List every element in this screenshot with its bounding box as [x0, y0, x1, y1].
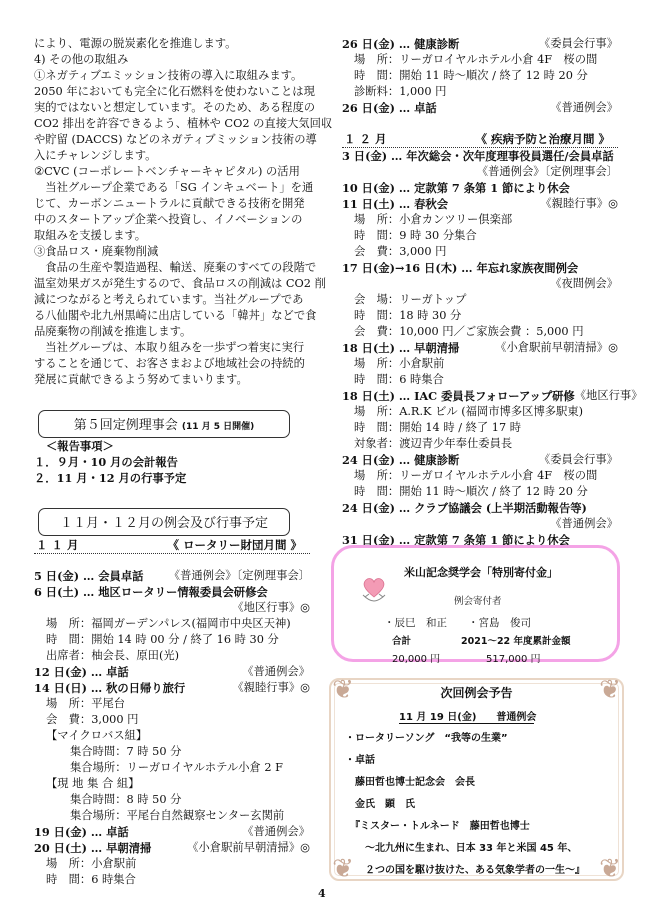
report-item: ２．11 月・12 月の行事予定 — [34, 470, 310, 486]
paragraph-line: 減につながると考えられています。当社グループであ — [34, 292, 310, 308]
schedule-detail: 時 間：6 時集合 — [342, 372, 618, 388]
schedule-detail: 【現 地 集 合 組】 — [34, 776, 310, 792]
schedule-text: 集合場所：平尾台自然観察センター玄関前 — [70, 808, 284, 824]
total-amount: 20,000 円 — [392, 650, 440, 665]
schedule-category: 《小倉駅前早朝清掃》◎ — [495, 340, 618, 356]
schedule-detail: 場 所：福岡ガーデンパレス(福岡市中央区天神) — [34, 616, 310, 632]
schedule-category: 《地区行事》 — [575, 388, 643, 404]
schedule-text: 時 間：6 時集合 — [46, 872, 136, 888]
schedule-detail: 【マイクロバス組】 — [34, 728, 310, 744]
paragraph-line: 実的ではないと想定しています。そのため、ある程度の — [34, 100, 310, 116]
paragraph-line: 温室効果ガスが発生するので、食品ロスの削減は CO2 削 — [34, 276, 310, 292]
heart-in-hands-icon — [360, 575, 388, 605]
schedule-text: 時 間：開始 11 時～順次 / 終了 12 時 20 分 — [354, 68, 588, 84]
month-label: １ ２ 月 — [344, 132, 387, 147]
paragraph-line: 2050 年においても完全に化石燃料を使わないことは現 — [34, 84, 310, 100]
month-theme: 《 ロータリー財団月間 》 — [167, 538, 302, 553]
schedule-text: 場 所：小倉駅前 — [354, 356, 444, 372]
schedule-detail: 会 場：リーガトップ — [342, 292, 618, 308]
december-heading: １ ２ 月 《 疾病予防と治療月間 》 — [342, 132, 618, 148]
paragraph-line: る八仙閣や北九州黒崎に出店している「韓丼」などで食 — [34, 308, 310, 324]
schedule-text: 場 所：A.R.K ビル (福岡市博多区博多駅東) — [354, 404, 583, 420]
paragraph-line: ①ネガティブエミッション技術の導入に取組みます。 — [34, 68, 310, 84]
next-meeting-line: 藤田哲也博士記念会 会長 — [345, 773, 475, 788]
schedule-detail: 時 間：開始 11 時～順次 / 終了 12 時 20 分 — [342, 484, 618, 500]
next-meeting-date: 11 月 19 日(金) 普通例会 — [399, 708, 534, 724]
next-meeting-line: ・卓話 — [345, 751, 375, 766]
schedule-text: 場 所：平尾台 — [46, 696, 125, 712]
paragraph-line: CO2 排出を許容できるよう、植林や CO2 の直接大気回収 — [34, 116, 310, 132]
schedule-text: 19 日(金) … 卓話 — [34, 824, 129, 840]
schedule-detail: 集合時間：8 時 50 分 — [34, 792, 310, 808]
next-meeting-heading: 次回例会予告 — [329, 684, 624, 701]
schedule-text: 会 費：3,000 円 — [354, 244, 446, 260]
schedule-detail: 対象者：渡辺青少年奉仕委員長 — [342, 436, 618, 452]
schedule-detail: 集合場所：平尾台自然観察センター玄関前 — [34, 808, 310, 824]
schedule-text: 17 日(金)→16 日(木) … 年忘れ家族夜間例会 — [342, 260, 578, 276]
next-meeting-line: 『ミスター・トルネード 藤田哲也博士 — [345, 817, 530, 832]
schedule-text: 診断料：1,000 円 — [354, 84, 446, 100]
schedule-detail: 場 所：リーガロイヤルホテル小倉 4F 桜の間 — [342, 468, 618, 484]
schedule-detail: 会 費：10,000 円／ご家族会費 ：5,000 円 — [342, 324, 618, 340]
schedule-text: 時 間：9 時 30 分集合 — [354, 228, 477, 244]
schedule-event: 5 日(金) … 会員卓話《普通例会》〔定例理事会〕 — [34, 568, 310, 584]
schedule-detail: 場 所：小倉カンツリー倶楽部 — [342, 212, 618, 228]
schedule-text: 場 所：小倉カンツリー倶楽部 — [354, 212, 512, 228]
paragraph-line: 入にチャレンジします。 — [34, 148, 310, 164]
schedule-text: 14 日(日) … 秋の日帰り旅行 — [34, 680, 185, 696]
cumulative-amount: 517,000 円 — [486, 650, 541, 665]
schedule-text: 場 所：リーガロイヤルホテル小倉 4F 桜の間 — [354, 468, 597, 484]
report-item: １．９月・10 月の会計報告 — [34, 454, 310, 470]
schedule-text: 【マイクロバス組】 — [46, 728, 147, 744]
schedule-text: 26 日(金) … 健康診断 — [342, 36, 459, 52]
schedule-detail: 集合場所：リーガロイヤルホテル小倉 2 F — [34, 760, 310, 776]
paragraph-line: 発展に貢献できるよう努めてまいります。 — [34, 372, 310, 388]
paragraph-line: 当社グループは、本取り組みを一歩ずつ着実に実行 — [34, 340, 310, 356]
schedule-event: 24 日(金) … クラブ協議会 (上半期活動報告等) — [342, 500, 618, 516]
schedule-detail: 場 所：小倉駅前 — [342, 356, 618, 372]
paragraph-line: ③食品ロス・廃棄物削減 — [34, 244, 310, 260]
schedule-text: 6 日(土) … 地区ロータリー情報委員会研修会 — [34, 584, 268, 600]
schedule-category: 《夜間例会》 — [550, 276, 618, 292]
schedule-event: 11 日(土) … 春秋会《親睦行事》◎ — [342, 196, 618, 212]
schedule-category: 《普通例会》 — [550, 516, 618, 532]
schedule-text: 24 日(金) … 健康診断 — [342, 452, 459, 468]
schedule-detail: 場 所：リーガロイヤルホテル小倉 4F 桜の間 — [342, 52, 618, 68]
schedule-category: 《委員会行事》 — [539, 452, 618, 468]
schedule-detail: 時 間：6 時集合 — [34, 872, 310, 888]
schedule-tag: 《普通例会》 — [342, 516, 618, 532]
december-schedule: 3 日(金) … 年次総会・次年度理事役員選任/会員卓話《普通例会》〔定例理事会… — [342, 148, 618, 548]
left-column: により、電源の脱炭素化を推進します。4) その他の取組み①ネガティブエミッション… — [34, 36, 310, 888]
schedule-title-box: １１月・１２月の例会及び行事予定 — [38, 508, 290, 536]
donor-names: ・辰巳 和正 ・宮島 俊司 — [384, 615, 531, 630]
intro-text: により、電源の脱炭素化を推進します。4) その他の取組み①ネガティブエミッション… — [34, 36, 310, 388]
paragraph-line: 当社グループ企業である「SG インキュベート」を通 — [34, 180, 310, 196]
next-meeting-line: ～北九州に生まれ、日本 33 年と米国 45 年、 — [345, 839, 577, 854]
schedule-detail: 時 間：9 時 30 分集合 — [342, 228, 618, 244]
schedule-text: 集合場所：リーガロイヤルホテル小倉 2 F — [70, 760, 283, 776]
board-meeting-date: (11 月 5 日開催) — [182, 422, 254, 432]
schedule-text: 26 日(金) … 卓話 — [342, 100, 437, 116]
paragraph-line: 食品の生産や製造過程、輸送、廃棄のすべての段階で — [34, 260, 310, 276]
schedule-category: 《親睦行事》◎ — [540, 196, 618, 212]
next-meeting-line: 金氏 顕 氏 — [345, 795, 415, 810]
next-meeting-line: ２つの国を駆け抜けた、ある気象学者の一生～』 — [345, 861, 585, 876]
paragraph-line: 中のスタートアップ企業へ投資し、イノベーションの — [34, 212, 310, 228]
right-column: 26 日(金) … 健康診断《委員会行事》場 所：リーガロイヤルホテル小倉 4F… — [342, 36, 618, 548]
schedule-detail: 時 間：開始 14 時 00 分 / 終了 16 時 30 分 — [34, 632, 310, 648]
donation-title: 米山記念奨学会「特別寄付金」 — [404, 564, 558, 580]
schedule-event: 18 日(土) … 早朝清掃《小倉駅前早朝清掃》◎ — [342, 340, 618, 356]
schedule-text: 集合時間：7 時 50 分 — [70, 744, 181, 760]
schedule-event: 10 日(金) … 定款第 7 条第 1 節により休会 — [342, 180, 618, 196]
schedule-text: 時 間：開始 14 時 / 終了 17 時 — [354, 420, 521, 436]
schedule-category: 《委員会行事》 — [539, 36, 618, 52]
november-schedule: 5 日(金) … 会員卓話《普通例会》〔定例理事会〕6 日(土) … 地区ロータ… — [34, 568, 310, 888]
schedule-detail: 診断料：1,000 円 — [342, 84, 618, 100]
schedule-category: 《普通例会》 — [242, 824, 310, 840]
schedule-event: 14 日(日) … 秋の日帰り旅行《親睦行事》◎ — [34, 680, 310, 696]
paragraph-line: 品廃棄物の削減を推進します。 — [34, 324, 310, 340]
paragraph-line: ②CVC (コーポレートベンチャーキャピタル) の活用 — [34, 164, 310, 180]
schedule-detail: 場 所：平尾台 — [34, 696, 310, 712]
schedule-category: 《地区行事》◎ — [232, 600, 310, 616]
schedule-text: 時 間：18 時 30 分 — [354, 308, 461, 324]
schedule-detail: 会 費：3,000 円 — [342, 244, 618, 260]
paragraph-line: 4) その他の取組み — [34, 52, 310, 68]
schedule-detail: 時 間：18 時 30 分 — [342, 308, 618, 324]
schedule-detail: 場 所：A.R.K ビル (福岡市博多区博多駅東) — [342, 404, 618, 420]
schedule-text: 会 場：リーガトップ — [354, 292, 466, 308]
report-heading: ＜報告事項＞ — [34, 438, 310, 454]
schedule-category: 《普通例会》〔定例理事会〕 — [169, 568, 310, 584]
donation-box: 米山記念奨学会「特別寄付金」 例会寄付者 ・辰巳 和正 ・宮島 俊司 合計 20… — [331, 545, 620, 662]
schedule-category: 《親睦行事》◎ — [232, 680, 310, 696]
schedule-detail: 出席者：柚会長、原田(光) — [34, 648, 310, 664]
next-meeting-line: ・ロータリーソング “我等の生業” — [345, 729, 508, 744]
schedule-event: 6 日(土) … 地区ロータリー情報委員会研修会 — [34, 584, 310, 600]
schedule-category: 《普通例会》 — [550, 100, 618, 116]
schedule-text: 12 日(金) … 卓話 — [34, 664, 129, 680]
donation-subtitle: 例会寄付者 — [454, 593, 502, 607]
schedule-text: 18 日(土) … IAC 委員長フォローアップ研修 — [342, 388, 575, 404]
schedule-text: 場 所：リーガロイヤルホテル小倉 4F 桜の間 — [354, 52, 597, 68]
schedule-text: 5 日(金) … 会員卓話 — [34, 568, 143, 584]
schedule-text: 11 日(土) … 春秋会 — [342, 196, 448, 212]
paragraph-line: じて、カーボンニュートラルに貢献できる技術を開発 — [34, 196, 310, 212]
schedule-text: 時 間：開始 14 時 00 分 / 終了 16 時 30 分 — [46, 632, 279, 648]
schedule-event: 17 日(金)→16 日(木) … 年忘れ家族夜間例会 — [342, 260, 618, 276]
schedule-text: 対象者：渡辺青少年奉仕委員長 — [354, 436, 512, 452]
schedule-text: 24 日(金) … クラブ協議会 (上半期活動報告等) — [342, 500, 587, 516]
schedule-tag: 《普通例会》〔定例理事会〕 — [342, 164, 618, 180]
schedule-category: 《小倉駅前早朝清掃》◎ — [187, 840, 310, 856]
schedule-event: 20 日(土) … 早朝清掃《小倉駅前早朝清掃》◎ — [34, 840, 310, 856]
schedule-detail: 時 間：開始 11 時～順次 / 終了 12 時 20 分 — [342, 68, 618, 84]
schedule-detail: 集合時間：7 時 50 分 — [34, 744, 310, 760]
schedule-event: 12 日(金) … 卓話《普通例会》 — [34, 664, 310, 680]
paragraph-line: 取組みを支援します。 — [34, 228, 310, 244]
schedule-category: 《普通例会》 — [242, 664, 310, 680]
schedule-event: 26 日(金) … 卓話《普通例会》 — [342, 100, 618, 116]
schedule-text: 出席者：柚会長、原田(光) — [46, 648, 179, 664]
schedule-text: 3 日(金) … 年次総会・次年度理事役員選任/会員卓話 — [342, 148, 614, 164]
schedule-text: 場 所：小倉駅前 — [46, 856, 136, 872]
schedule-detail: 場 所：小倉駅前 — [34, 856, 310, 872]
schedule-event: 19 日(金) … 卓話《普通例会》 — [34, 824, 310, 840]
page-number: 4 — [318, 887, 326, 900]
schedule-text: 【現 地 集 合 組】 — [46, 776, 139, 792]
paragraph-line: することを通じて、お客さまおよび地域社会の持続的 — [34, 356, 310, 372]
november-heading: １ １ 月 《 ロータリー財団月間 》 — [34, 538, 310, 554]
november-schedule-continued: 26 日(金) … 健康診断《委員会行事》場 所：リーガロイヤルホテル小倉 4F… — [342, 36, 618, 116]
schedule-event: 18 日(土) … IAC 委員長フォローアップ研修《地区行事》 — [342, 388, 618, 404]
month-label: １ １ 月 — [36, 538, 79, 553]
schedule-text: 時 間：開始 11 時～順次 / 終了 12 時 20 分 — [354, 484, 588, 500]
schedule-text: 会 費：10,000 円／ご家族会費 ：5,000 円 — [354, 324, 584, 340]
schedule-event: 26 日(金) … 健康診断《委員会行事》 — [342, 36, 618, 52]
schedule-text: 10 日(金) … 定款第 7 条第 1 節により休会 — [342, 180, 570, 196]
schedule-event: 24 日(金) … 健康診断《委員会行事》 — [342, 452, 618, 468]
schedule-event: 3 日(金) … 年次総会・次年度理事役員選任/会員卓話 — [342, 148, 618, 164]
total-label: 合計 — [392, 633, 411, 647]
schedule-text: 会 費：3,000 円 — [46, 712, 138, 728]
schedule-text: 18 日(土) … 早朝清掃 — [342, 340, 459, 356]
cumulative-label: 2021～22 年度累計金額 — [461, 633, 570, 647]
schedule-category: 《普通例会》〔定例理事会〕 — [477, 164, 618, 180]
schedule-detail: 会 費：3,000 円 — [34, 712, 310, 728]
schedule-detail: 時 間：開始 14 時 / 終了 17 時 — [342, 420, 618, 436]
next-meeting-box: ❦ ❦ ❦ ❦ 次回例会予告 11 月 19 日(金) 普通例会 ・ロータリーソ… — [329, 678, 624, 881]
paragraph-line: により、電源の脱炭素化を推進します。 — [34, 36, 310, 52]
schedule-text: 場 所：福岡ガーデンパレス(福岡市中央区天神) — [46, 616, 291, 632]
schedule-tag: 《地区行事》◎ — [34, 600, 310, 616]
ornament-corner-icon: ❦ — [592, 851, 628, 887]
schedule-title: １１月・１２月の例会及び行事予定 — [60, 516, 268, 531]
board-meeting-title: 第５回定例理事会 — [74, 418, 178, 433]
schedule-text: 集合時間：8 時 50 分 — [70, 792, 181, 808]
schedule-text: 時 間：6 時集合 — [354, 372, 444, 388]
board-meeting-title-box: 第５回定例理事会 (11 月 5 日開催) — [38, 410, 290, 438]
month-theme: 《 疾病予防と治療月間 》 — [475, 132, 610, 147]
paragraph-line: や貯留 (DACCS) などのネガティブミッション技術の導 — [34, 132, 310, 148]
schedule-text: 20 日(土) … 早朝清掃 — [34, 840, 151, 856]
schedule-tag: 《夜間例会》 — [342, 276, 618, 292]
